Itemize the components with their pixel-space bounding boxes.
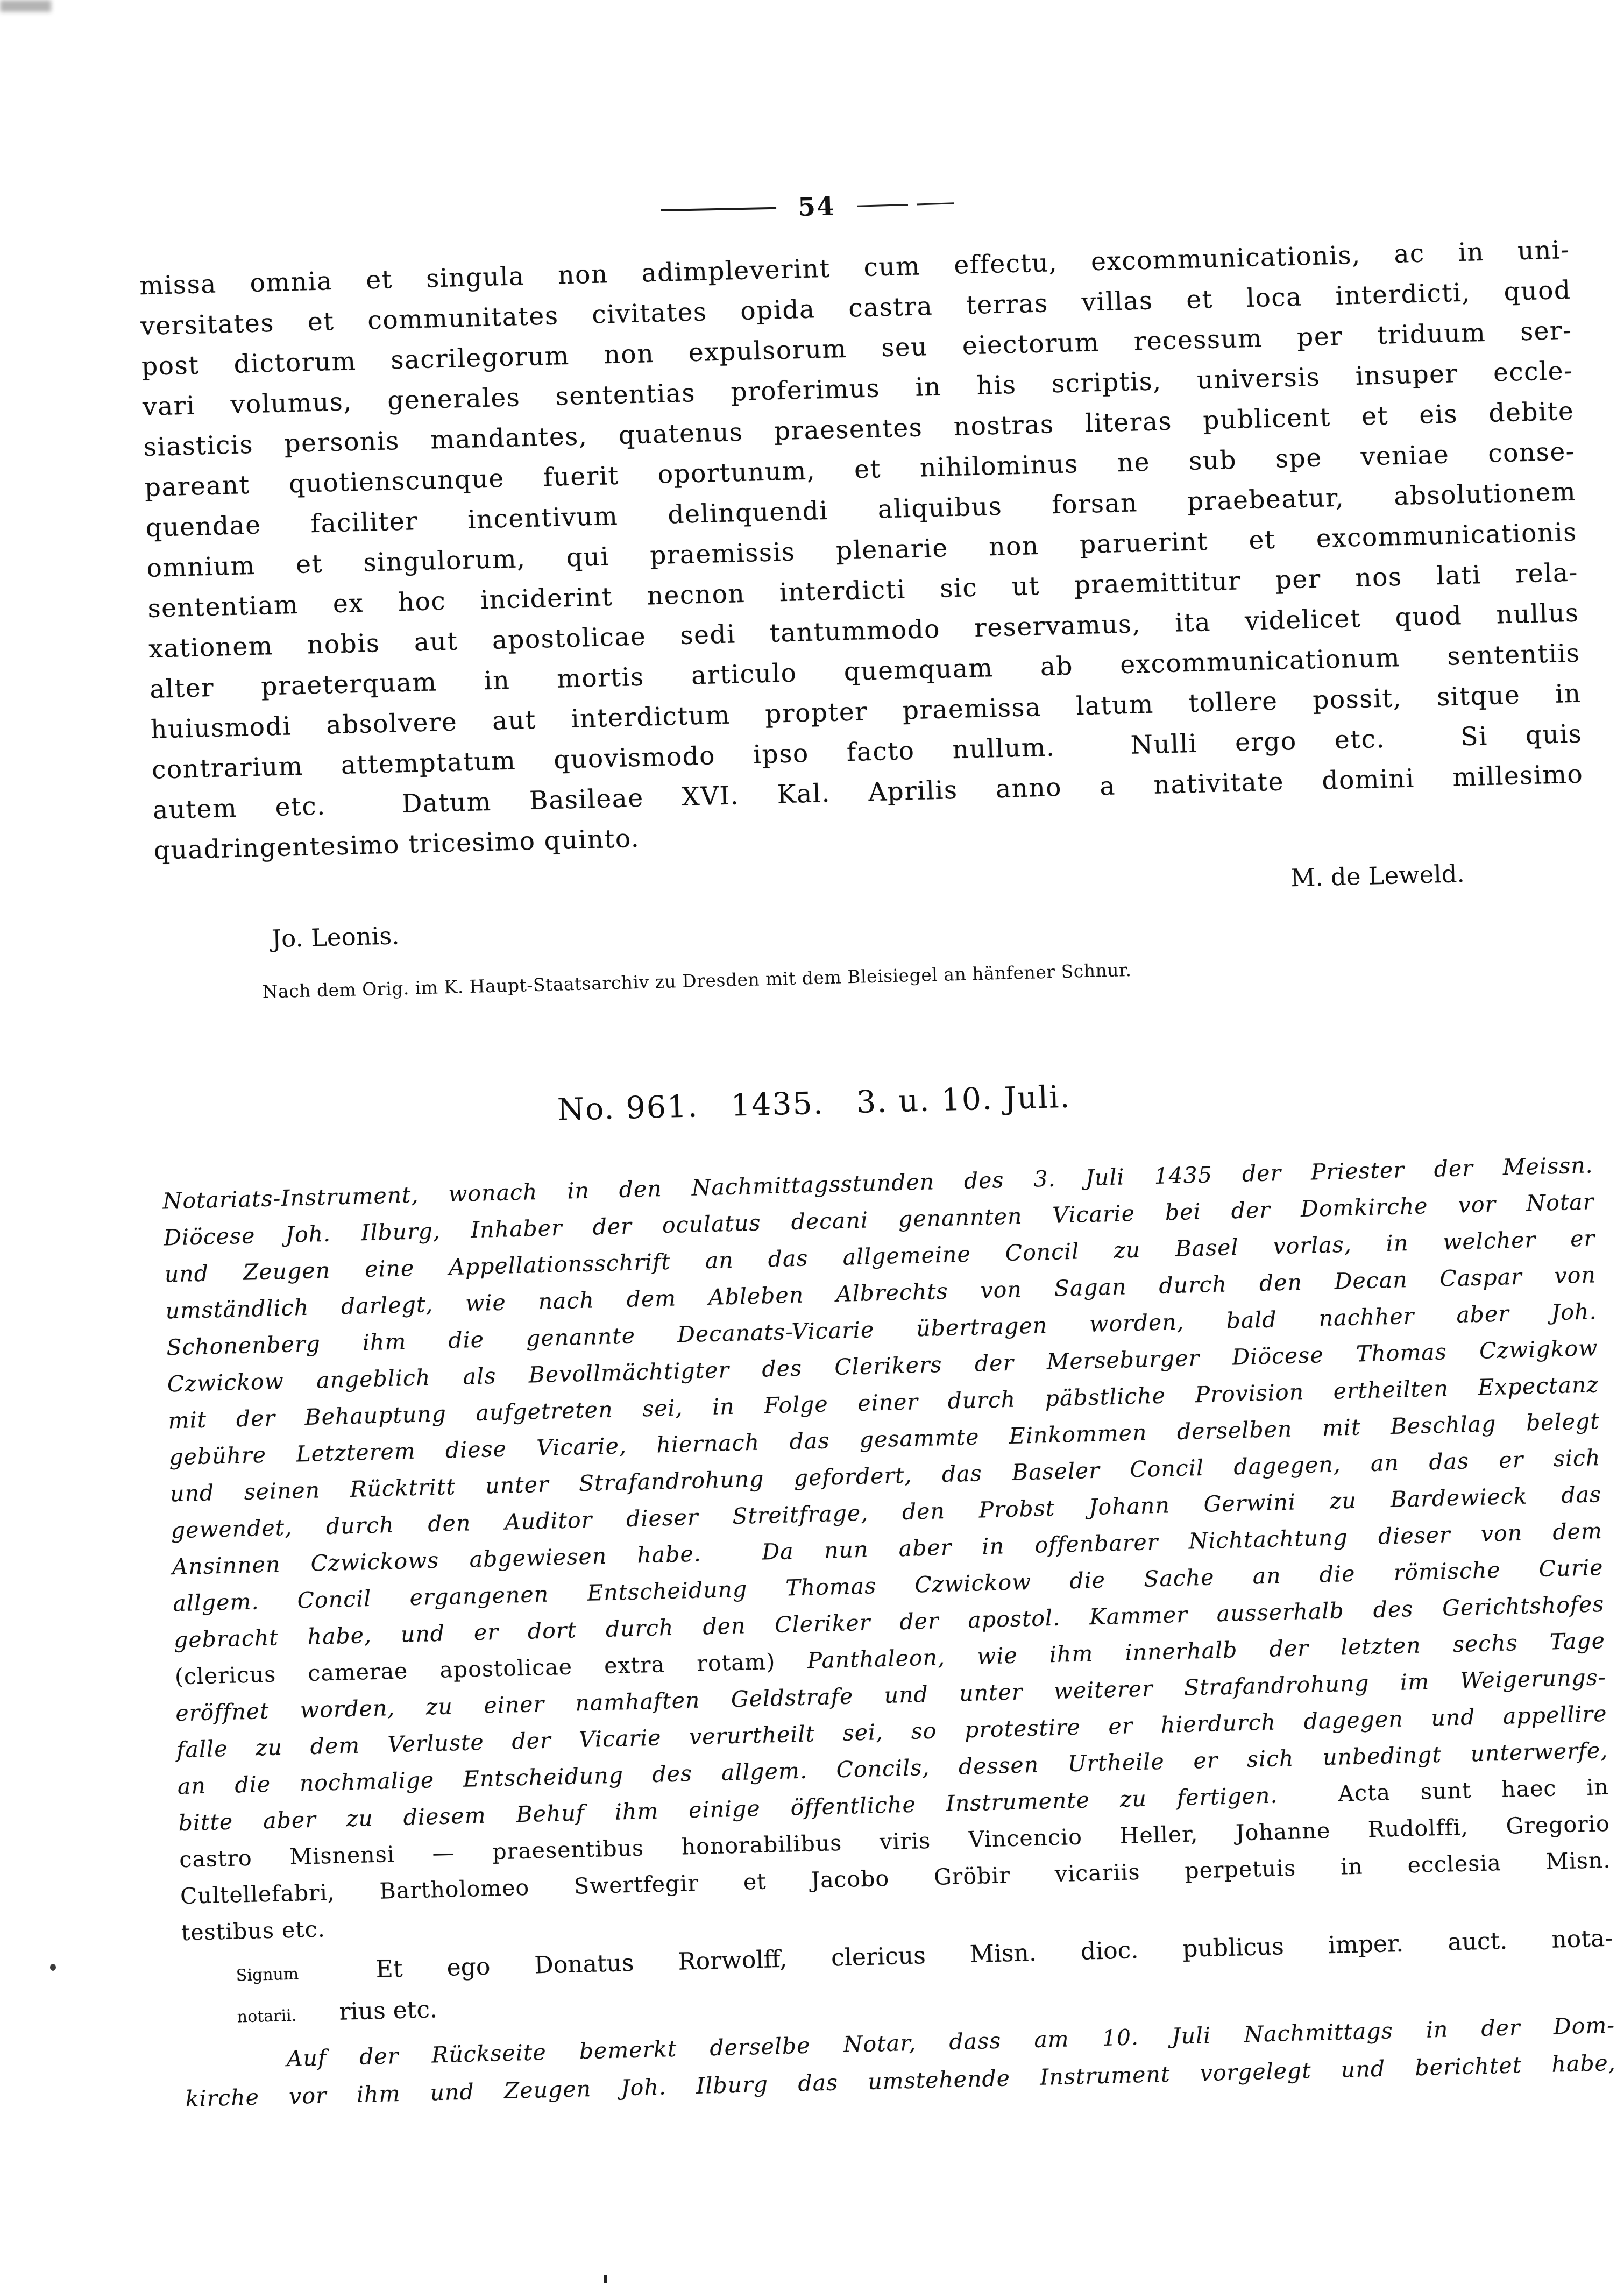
header-rule-left-icon: [661, 207, 776, 211]
notary-text-line: rius etc.: [339, 1990, 438, 2032]
signature-left: Jo. Leonis.: [271, 921, 400, 953]
roman-text-segment: Acta sunt haec in: [1338, 1774, 1609, 1807]
roman-text-segment: testibus etc.: [181, 1916, 325, 1946]
scan-artifact: [604, 2275, 607, 2283]
charter-latin-text: missa omnia et singula non adimpleverint…: [139, 230, 1585, 871]
regest-text: Notariats-Instrument, wonach in den Nach…: [162, 1147, 1612, 1951]
book-page: 54 missa omnia et singula non adimplever…: [0, 0, 1624, 2284]
scan-artifact: [0, 0, 51, 12]
entry-heading: No. 961. 1435. 3. u. 10. Juli.: [98, 1067, 1530, 1144]
header-rule-right-icon: [857, 202, 954, 207]
page-content: 54 missa omnia et singula non adimplever…: [138, 172, 1616, 2118]
signum-margin-label: Signum: [182, 1953, 377, 1997]
page-number: 54: [798, 192, 836, 222]
signature-right: M. de Leweld.: [1290, 859, 1465, 892]
notarii-margin-label: notarii.: [237, 1996, 340, 2037]
roman-text-segment: quadringentesimo tricesimo quinto.: [153, 824, 640, 866]
scan-artifact: [50, 1964, 56, 1971]
page-header: 54: [92, 173, 1523, 241]
